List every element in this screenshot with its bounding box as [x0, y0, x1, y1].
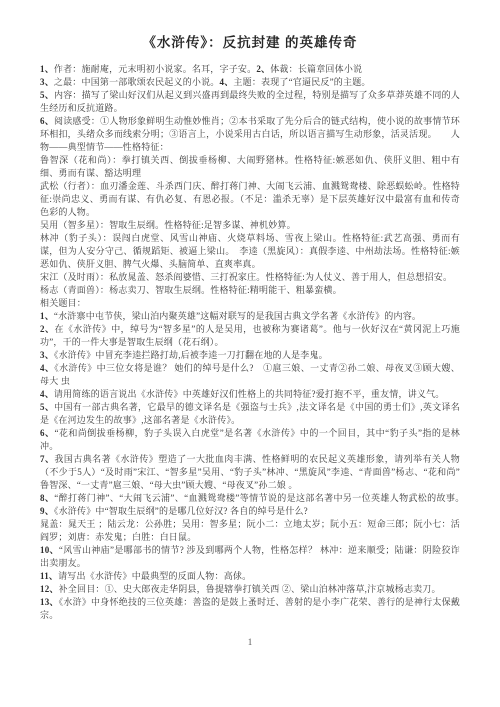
paragraph-text: 内容：描写了梁山好汉们从起义到兴盛再到最终失败的全过程，特别是描写了众多草莽英雄…	[40, 90, 460, 113]
paragraph: 4、请用简练的语言说出《水浒传》中英雄好汉们性格上的共同特征?爱打抱不平，重友情…	[40, 388, 460, 401]
item-number: 3、	[40, 77, 54, 87]
paragraph-text: 我国古典名著《水浒传》塑造了一大批血肉丰满、性格鲜明的农民起义英雄形象，请列举有…	[40, 454, 469, 490]
paragraph-text: 阅读感受：①人物形象鲜明生动惟妙惟肖；②本书采取了先分后合的链式结构，使小说的故…	[40, 116, 460, 152]
item-number: 1、	[40, 311, 54, 321]
paragraph-text: “花和尚倒拔垂杨柳，豹子头误入白虎堂”是名著《水浒传》中的一个回目，其中“豹子头…	[40, 428, 460, 451]
paragraph-text: 体裁：长篇章回体小说	[270, 64, 362, 74]
paragraph-text: 武松（行者）：血刃潘金莲、斗杀西门庆、醉打蒋门神、大闹飞云浦、血溅鸳鸯楼、除恶蜈…	[40, 181, 460, 217]
item-number: 2、	[40, 324, 54, 334]
paragraph-text: 主题：表现了“官逼民反”的主题。	[233, 77, 370, 87]
paragraph-text: 《水浒传》中冒充李逵拦路打劫,后被李逵一刀打翻在地的人是李鬼。	[54, 350, 328, 360]
paragraph: 12、补全回目：①、史大郎夜走华阴县，鲁提辖拳打镇关西 ②、梁山泊林冲落草,汴京…	[40, 583, 460, 596]
item-number: 6、	[40, 428, 54, 438]
document-page: 《水浒传》：反抗封建 的英雄传奇 1、作者：施耐庵，元末明初小说家。名耳，字子安…	[0, 0, 500, 707]
item-number: 2、	[256, 64, 270, 74]
item-number: 5、	[40, 90, 54, 100]
paragraph: 3、之最：中国第一部歌颂农民起义的小说。4、主题：表现了“官逼民反”的主题。	[40, 76, 460, 89]
paragraph: 13、《水浒》中身怀绝技的三位英雄：善盗的是鼓上蚤时迁、善射的是小李广花荣、善行…	[40, 596, 460, 622]
paragraph: 6、“花和尚倒拔垂杨柳，豹子头误入白虎堂”是名著《水浒传》中的一个回目，其中“豹…	[40, 427, 460, 453]
paragraph: 7、我国古典名著《水浒传》塑造了一大批血肉丰满、性格鲜明的农民起义英雄形象，请列…	[40, 453, 460, 492]
paragraph: 6、阅读感受：①人物形象鲜明生动惟妙惟肖；②本书采取了先分后合的链式结构，使小说…	[40, 115, 460, 154]
paragraph: 11、请写出《水浒传》中最典型的反面人物：高俅。	[40, 570, 460, 583]
paragraph: 宋江（及时雨）：私放晁盖、怒杀阎婆惜、三打祝家庄。性格特征:为人仗义、善于用人，…	[40, 271, 460, 284]
paragraph-text: 相关题目：	[40, 298, 86, 308]
paragraph-text: 《水浒传》中“智取生辰纲”的是哪几位好汉? 各自的绰号是什么?	[54, 506, 308, 516]
paragraph: 1、“水浒寨中屯节侠，梁山泊内聚英雄”这幅对联写的是我国古典文学名著《水浒传》的…	[40, 310, 460, 323]
item-number: 8、	[40, 493, 54, 503]
paragraph: 鲁智深（花和尚）：拳打镇关西、倒拔垂杨柳、大闹野猪林。性格特征:嫉恶如仇、侠肝义…	[40, 154, 460, 180]
paragraph-text: 请写出《水浒传》中最典型的反面人物：高俅。	[58, 571, 251, 581]
item-number: 6、	[40, 116, 54, 126]
paragraph-text: 林冲（豹子头）：误闯白虎堂、风雪山神庙、火烧草料场、雪夜上梁山。性格特征:武艺高…	[40, 233, 460, 269]
paragraph-text: “醉打蒋门神”、“大闹飞云浦”、“血溅鸳鸯楼”等情节说的是这部名著中另一位英雄人…	[54, 493, 469, 503]
paragraph-text: 在《水浒传》中，绰号为“智多星”的人是吴用，也被称为赛诸葛”。他与一伙好汉在“黄…	[40, 324, 460, 347]
item-number: 5、	[40, 402, 54, 412]
paragraph: 4、《水浒传》中三位女将是谁？ 她们的绰号是什么? ①扈三娘、一丈青②孙二娘、母…	[40, 362, 460, 388]
item-number: 7、	[40, 454, 54, 464]
item-number: 4、	[40, 389, 54, 399]
page-title: 《水浒传》：反抗封建 的英雄传奇	[40, 34, 460, 52]
paragraph-text: 《水浒》中身怀绝技的三位英雄：善盗的是鼓上蚤时迁、善射的是小李广花荣、善行的是神…	[40, 597, 460, 620]
paragraph-text: 补全回目：①、史大郎夜走华阴县，鲁提辖拳打镇关西 ②、梁山泊林冲落草,汴京城杨志…	[59, 584, 441, 594]
paragraph-text: 吴用（智多星）：智取生辰纲。性格特征:足智多谋、神机妙算。	[40, 220, 296, 230]
item-number: 9、	[40, 506, 54, 516]
item-number: 1、	[40, 64, 54, 74]
item-number: 4、	[40, 363, 54, 373]
item-number: 4、	[220, 77, 234, 87]
item-number: 10、	[40, 545, 59, 555]
paragraph: 8、“醉打蒋门神”、“大闹飞云浦”、“血溅鸳鸯楼”等情节说的是这部名著中另一位英…	[40, 492, 460, 518]
paragraph: 杨志（青面兽）：杨志卖刀、智取生辰纲。性格特征:精明能干、粗暴蛮横。	[40, 284, 460, 297]
paragraph-text: “水浒寨中屯节侠，梁山泊内聚英雄”这幅对联写的是我国古典文学名著《水浒传》的内容…	[54, 311, 421, 321]
paragraph: 晁盖：晁天王 ；陆云龙：公孙胜；吴用：智多星；阮小二：立地太岁；阮小五：短命三郎…	[40, 518, 460, 544]
paragraph: 2、在《水浒传》中，绰号为“智多星”的人是吴用，也被称为赛诸葛”。他与一伙好汉在…	[40, 323, 460, 349]
paragraph: 1、作者：施耐庵，元末明初小说家。名耳，字子安。2、体裁：长篇章回体小说	[40, 63, 460, 76]
paragraph: 10、“风雪山神庙”是哪部书的情节? 涉及到哪两个人物，性格怎样？ 林冲：逆来顺…	[40, 544, 460, 570]
paragraph: 5、内容：描写了梁山好汉们从起义到兴盛再到最终失败的全过程，特别是描写了众多草莽…	[40, 89, 460, 115]
paragraph: 林冲（豹子头）：误闯白虎堂、风雪山神庙、火烧草料场、雪夜上梁山。性格特征:武艺高…	[40, 232, 460, 271]
paragraph: 吴用（智多星）：智取生辰纲。性格特征:足智多谋、神机妙算。	[40, 219, 460, 232]
paragraph-text: 鲁智深（花和尚）：拳打镇关西、倒拔垂杨柳、大闹野猪林。性格特征:嫉恶如仇、侠肝义…	[40, 155, 460, 178]
paragraph: 3、《水浒传》中冒充李逵拦路打劫,后被李逵一刀打翻在地的人是李鬼。	[40, 349, 460, 362]
document-body: 1、作者：施耐庵，元末明初小说家。名耳，字子安。2、体裁：长篇章回体小说3、之最…	[40, 63, 460, 622]
page-number: 1	[0, 637, 500, 647]
paragraph-text: 作者：施耐庵，元末明初小说家。名耳，字子安。	[54, 64, 256, 74]
item-number: 12、	[40, 584, 59, 594]
paragraph-text: 中国有一部古典名著，它最早的德文译名是《强盗与士兵》,法文译名是《中国的勇士们》…	[40, 402, 460, 425]
item-number: 3、	[40, 350, 54, 360]
item-number: 13、	[40, 597, 59, 607]
paragraph-text: 晁盖：晁天王 ；陆云龙：公孙胜；吴用：智多星；阮小二：立地太岁；阮小五：短命三郎…	[40, 519, 460, 542]
paragraph-text: “风雪山神庙”是哪部书的情节? 涉及到哪两个人物，性格怎样？ 林冲：逆来顺受；陆…	[40, 545, 460, 568]
paragraph: 5、中国有一部古典名著，它最早的德文译名是《强盗与士兵》,法文译名是《中国的勇士…	[40, 401, 460, 427]
paragraph-text: 宋江（及时雨）：私放晁盖、怒杀阎婆惜、三打祝家庄。性格特征:为人仗义、善于用人，…	[40, 272, 452, 282]
paragraph-text: 《水浒传》中三位女将是谁？ 她们的绰号是什么? ①扈三娘、一丈青②孙二娘、母夜叉…	[40, 363, 460, 386]
paragraph-text: 杨志（青面兽）：杨志卖刀、智取生辰纲。性格特征:精明能干、粗暴蛮横。	[40, 285, 342, 295]
item-number: 11、	[40, 571, 58, 581]
paragraph: 相关题目：	[40, 297, 460, 310]
paragraph-text: 请用简练的语言说出《水浒传》中英雄好汉们性格上的共同特征?爱打抱不平，重友情，讲…	[54, 389, 445, 399]
paragraph-text: 之最：中国第一部歌颂农民起义的小说。	[54, 77, 220, 87]
paragraph: 武松（行者）：血刃潘金莲、斗杀西门庆、醉打蒋门神、大闹飞云浦、血溅鸳鸯楼、除恶蜈…	[40, 180, 460, 219]
